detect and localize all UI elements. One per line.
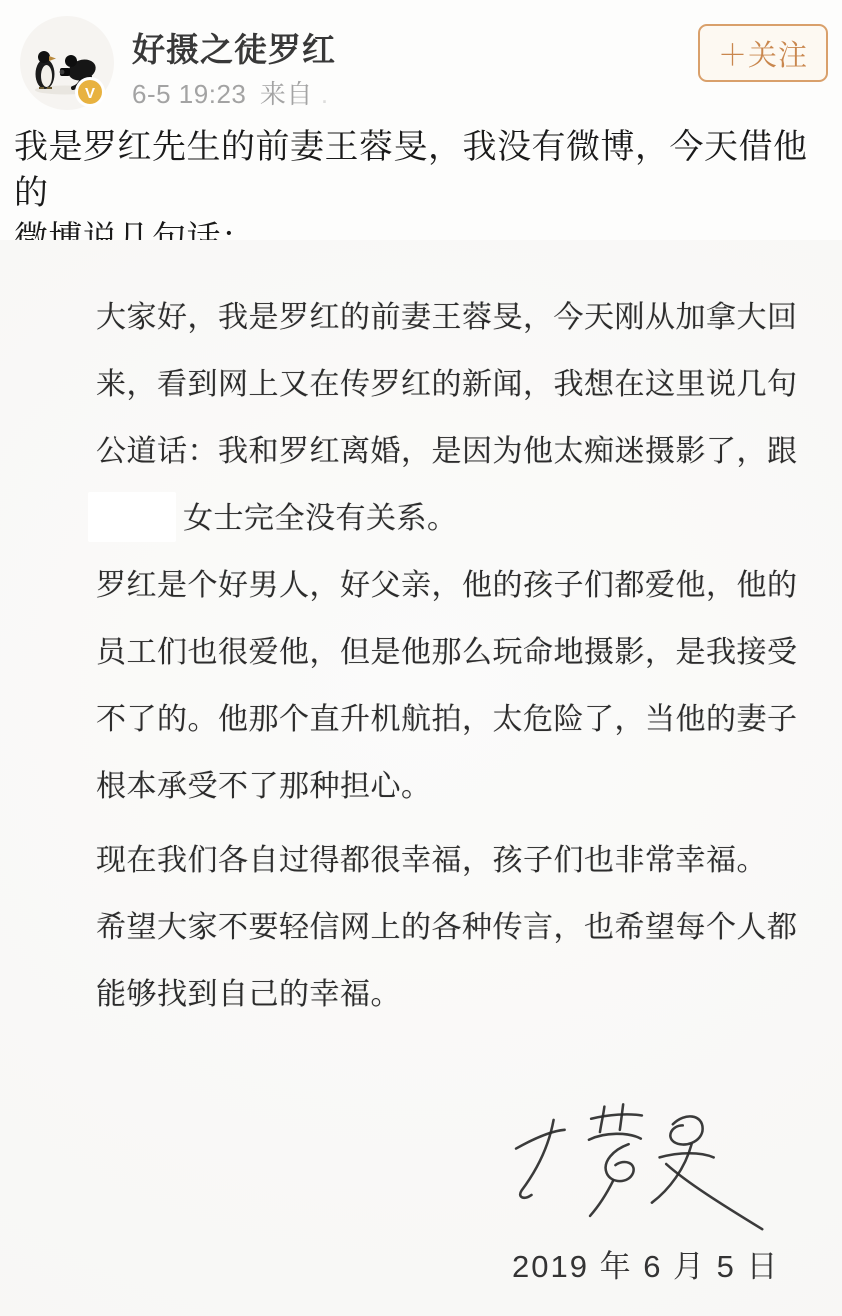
letter-line: 员工们也很爱他，但是他那么玩命地摄影，是我接受 (0, 619, 842, 686)
redacted-name-box (88, 492, 176, 542)
weibo-post-screenshot: { "header": { "username": "好摄之徒罗红", "tim… (0, 0, 842, 1316)
timestamp: 6-5 19:23 (132, 79, 246, 109)
signature-handwriting-wang-rongmin (505, 1100, 770, 1238)
badge-letter: V (85, 85, 95, 102)
letter-line: 不了的。他那个直升机航拍，太危险了，当他的妻子 (0, 686, 842, 753)
letter-line-text: 女士完全没有关系。 (183, 502, 458, 535)
letter-line: 公道话：我和罗红离婚，是因为他太痴迷摄影了，跟 (0, 418, 842, 485)
letter-line: 希望大家不要轻信网上的各种传言，也希望每个人都 (0, 894, 842, 961)
letter-line: 来，看到网上又在传罗红的新闻，我想在这里说几句 (0, 351, 842, 418)
letter-line: 女士完全没有关系。 (0, 485, 842, 552)
letter-line: 根本承受不了那种担心。 (0, 753, 842, 820)
letter-photo[interactable]: 大家好，我是罗红的前妻王蓉旻，今天刚从加拿大回 来，看到网上又在传罗红的新闻，我… (0, 240, 842, 1316)
letter-line: 大家好，我是罗红的前妻王蓉旻，今天刚从加拿大回 (0, 284, 842, 351)
letter-line: 现在我们各自过得都很幸福，孩子们也非常幸福。 (0, 827, 842, 894)
verified-badge-icon: V (77, 79, 104, 106)
source-label: 来自 (260, 79, 313, 109)
post-meta: 6-5 19:23 来自. (132, 74, 329, 111)
follow-button[interactable]: ＋关注 (698, 24, 828, 82)
signature-strokes (516, 1104, 762, 1229)
source-faded-mark: . (321, 79, 329, 109)
letter-date: 2019 年 6 月 5 日 (512, 1241, 780, 1286)
avatar[interactable]: V (20, 16, 114, 110)
letter-body: 大家好，我是罗红的前妻王蓉旻，今天刚从加拿大回 来，看到网上又在传罗红的新闻，我… (0, 240, 842, 1028)
letter-line: 能够找到自己的幸福。 (0, 961, 842, 1028)
username[interactable]: 好摄之徒罗红 (132, 24, 336, 71)
letter-line: 罗红是个好男人，好父亲，他的孩子们都爱他，他的 (0, 552, 842, 619)
